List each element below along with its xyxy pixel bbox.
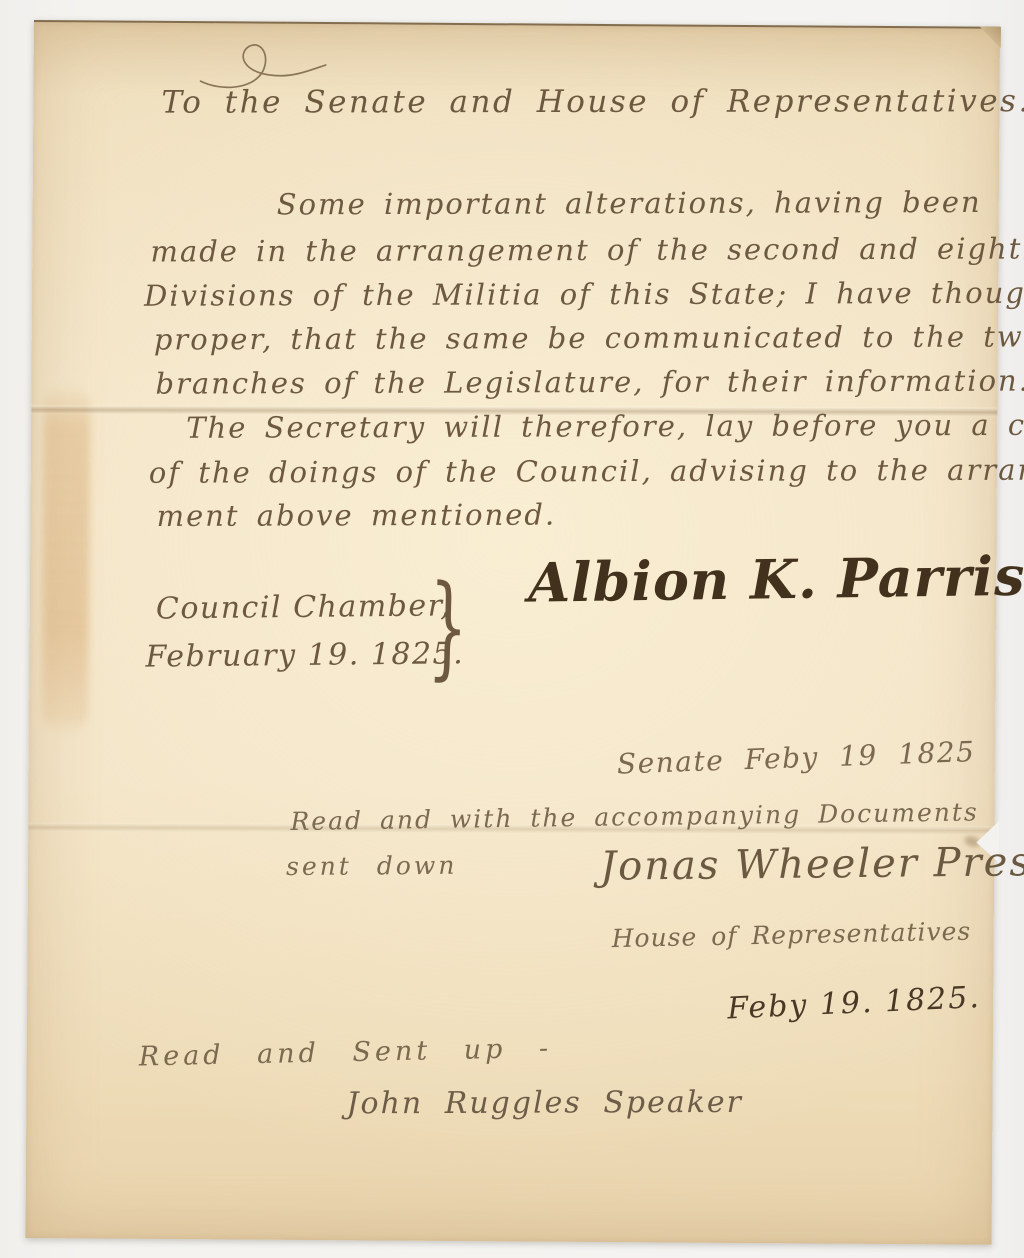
body-line: Divisions of the Militia of this State; … <box>144 275 1024 312</box>
house-endorsement-line: Read and Sent up - <box>139 1033 553 1073</box>
salutation-line: To the Senate and House of Representativ… <box>161 83 1024 121</box>
senate-endorsement-heading: Senate Feby 19 1825 <box>616 735 976 780</box>
house-endorsement-heading: House of Representatives <box>611 917 971 954</box>
date-line: February 19. 1825. <box>145 636 464 674</box>
senate-endorsement-line: Read and with the accompanying Documents <box>290 797 979 836</box>
body-line: branches of the Legislature, for their i… <box>155 363 1024 400</box>
water-stain <box>42 384 90 736</box>
document-paper: To the Senate and House of Representativ… <box>25 20 999 1245</box>
body-line: Some important alterations, having been <box>277 185 982 221</box>
body-line: made in the arrangement of the second an… <box>150 231 1024 268</box>
place-line: Council Chamber, <box>156 588 452 626</box>
signature-albion-k-parris: Albion K. Parris <box>528 544 1024 615</box>
senate-endorsement-line: sent down <box>286 851 457 881</box>
signature-jonas-wheeler: Jonas Wheeler Pres <box>600 839 1024 890</box>
body-line: ment above mentioned. <box>156 498 556 533</box>
corner-fold <box>977 27 1001 51</box>
body-line: of the doings of the Council, advising t… <box>149 452 1024 489</box>
dateline-brace: } <box>427 561 470 694</box>
body-line: proper, that the same be communicated to… <box>154 319 1024 356</box>
signature-john-ruggles: John Ruggles Speaker <box>346 1085 743 1121</box>
house-endorsement-date: Feby 19. 1825. <box>726 980 981 1026</box>
body-line: The Secretary will therefore, lay before… <box>186 408 1024 445</box>
scan-background: To the Senate and House of Representativ… <box>0 0 1024 1258</box>
